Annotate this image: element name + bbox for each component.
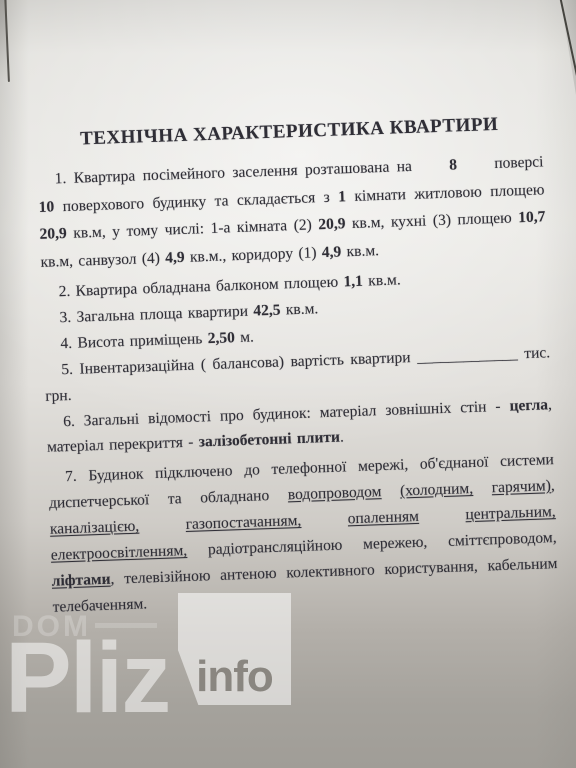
- watermark-info-label: info: [196, 655, 273, 705]
- watermark-info-badge: info: [178, 593, 291, 705]
- document-paragraph-1: 1. Квартира посімейного заселення розташ…: [37, 148, 547, 276]
- document-paragraph-7: 7. Будинок підключено до телефонної мере…: [48, 447, 559, 621]
- document-photo: ТЕХНІЧНА ХАРАКТЕРИСТИКА КВАРТИРИ 1. Квар…: [0, 0, 576, 768]
- document-page: ТЕХНІЧНА ХАРАКТЕРИСТИКА КВАРТИРИ 1. Квар…: [36, 112, 559, 620]
- watermark-brand: Pliz: [5, 628, 169, 728]
- document-title: ТЕХНІЧНА ХАРАКТЕРИСТИКА КВАРТИРИ: [36, 112, 542, 152]
